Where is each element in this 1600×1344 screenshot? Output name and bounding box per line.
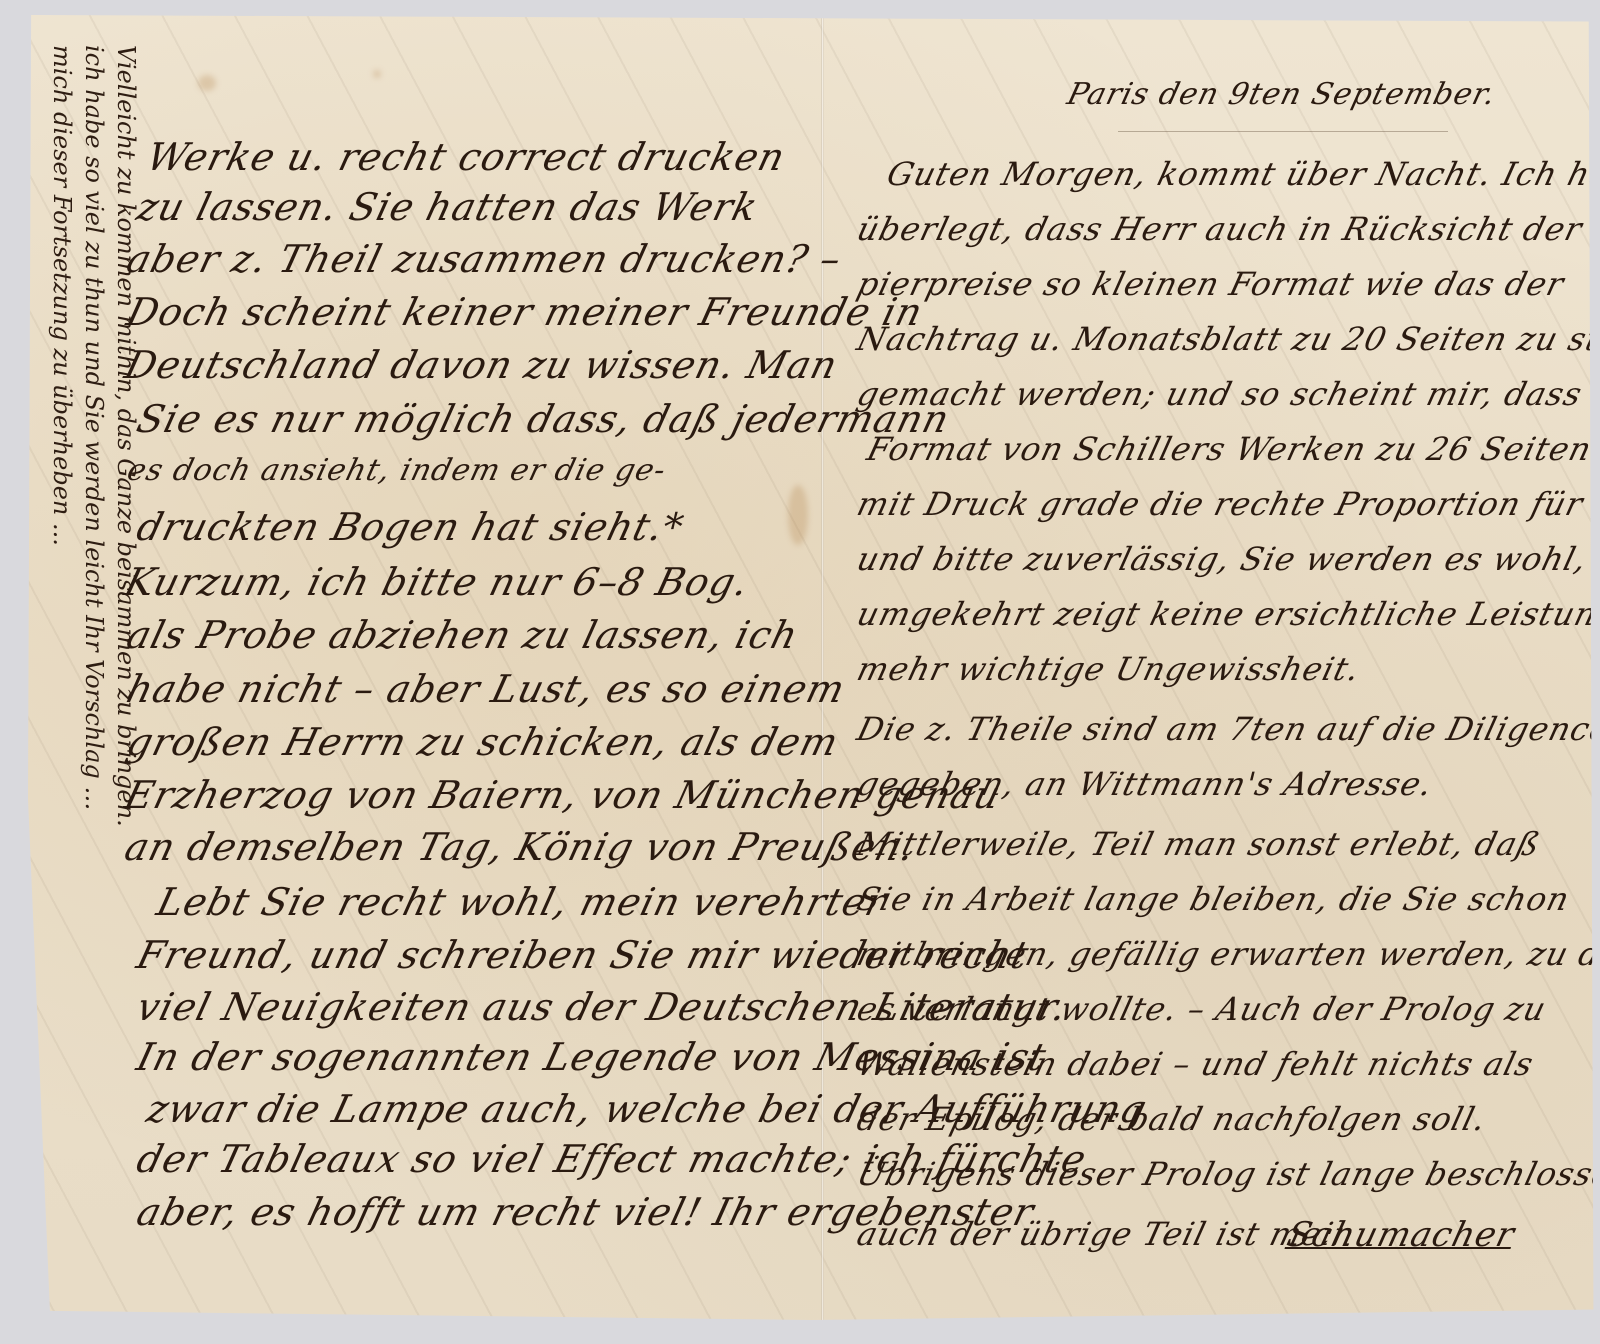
text-line: pierpreise so kleinen Format wie das der: [853, 265, 1568, 303]
text-line: zu lassen. Sie hatten das Werk: [133, 185, 763, 229]
text-line: es doch ansieht, indem er die ge-: [124, 453, 670, 488]
text-line: überlegt, dass Herr auch in Rücksicht de…: [853, 210, 1600, 248]
text-line: großen Herrn zu schicken, als dem: [123, 720, 844, 764]
text-line: Deutschland davon zu wissen. Man: [121, 343, 843, 387]
text-line: Werke u. recht correct drucken: [143, 135, 790, 179]
text-line: Nachtrag u. Monatsblatt zu 20 Seiten zu …: [853, 320, 1600, 358]
text-line: druckten Bogen hat sieht.*: [133, 505, 689, 549]
right-page: Paris den 9ten September. Guten Morgen, …: [828, 15, 1568, 1320]
text-line: und bitte zuverlässig, Sie werden es woh…: [853, 540, 1591, 578]
text-line: auch der übrige Teil ist mein: [853, 1215, 1359, 1253]
text-line: der Epilog, der bald nachfolgen soll.: [853, 1100, 1490, 1138]
text-line: mit Druck grade die rechte Proportion fü…: [853, 485, 1600, 523]
text-line: Kurzum, ich bitte nur 6–8 Bog.: [121, 560, 754, 604]
left-page: Werke u. recht correct drucken zu lassen…: [98, 15, 818, 1320]
text-line: umgekehrt zeigt keine ersichtliche Leist…: [853, 595, 1600, 633]
text-line: es verlangt wollte. – Auch der Prolog zu: [853, 990, 1550, 1028]
text-line: an demselben Tag, König von Preußen.: [121, 825, 920, 869]
signature-text: Schumacher: [1283, 1215, 1519, 1255]
text-line: Mittlerweile, Teil man sonst erlebt, daß: [853, 825, 1544, 863]
text-line: gegeben, an Wittmann's Adresse.: [853, 765, 1437, 803]
text-line: mitbringen, gefällig erwarten werden, zu…: [853, 935, 1600, 973]
signature: Schumacher: [1283, 1215, 1519, 1255]
header-rule: [1118, 131, 1448, 132]
date-line: Paris den 9ten September.: [1064, 77, 1500, 112]
text-line: Übrigens dieser Prolog ist lange beschlo…: [853, 1155, 1600, 1193]
text-line: Format von Schillers Werken zu 26 Seiten: [863, 430, 1596, 468]
text-line: Guten Morgen, kommt über Nacht. Ich habe…: [883, 155, 1600, 193]
text-line: Doch scheint keiner meiner Freunde in: [123, 290, 928, 334]
text-line: als Probe abziehen zu lassen, ich: [123, 613, 803, 657]
text-line: habe nicht – aber Lust, es so einem: [123, 667, 850, 711]
margin-line: mich dieser Fortsetzung zu überheben ...: [46, 45, 78, 827]
text-line: Die z. Theile sind am 7ten auf die Dilig…: [853, 710, 1600, 748]
text-line: Wallenstein dabei – und fehlt nichts als: [853, 1045, 1538, 1083]
text-line: aber z. Theil zusammen drucken? –: [123, 237, 847, 281]
letter-paper: Vielleicht zu kommen mithin, das Ganze b…: [28, 15, 1595, 1320]
text-line: mehr wichtige Ungewissheit.: [853, 650, 1364, 688]
text-line: gemacht werden; und so scheint mir, dass…: [853, 375, 1600, 413]
text-line: Sie in Arbeit lange bleiben, die Sie sch…: [853, 880, 1574, 918]
text-line: Lebt Sie recht wohl, mein verehrter: [153, 880, 891, 924]
